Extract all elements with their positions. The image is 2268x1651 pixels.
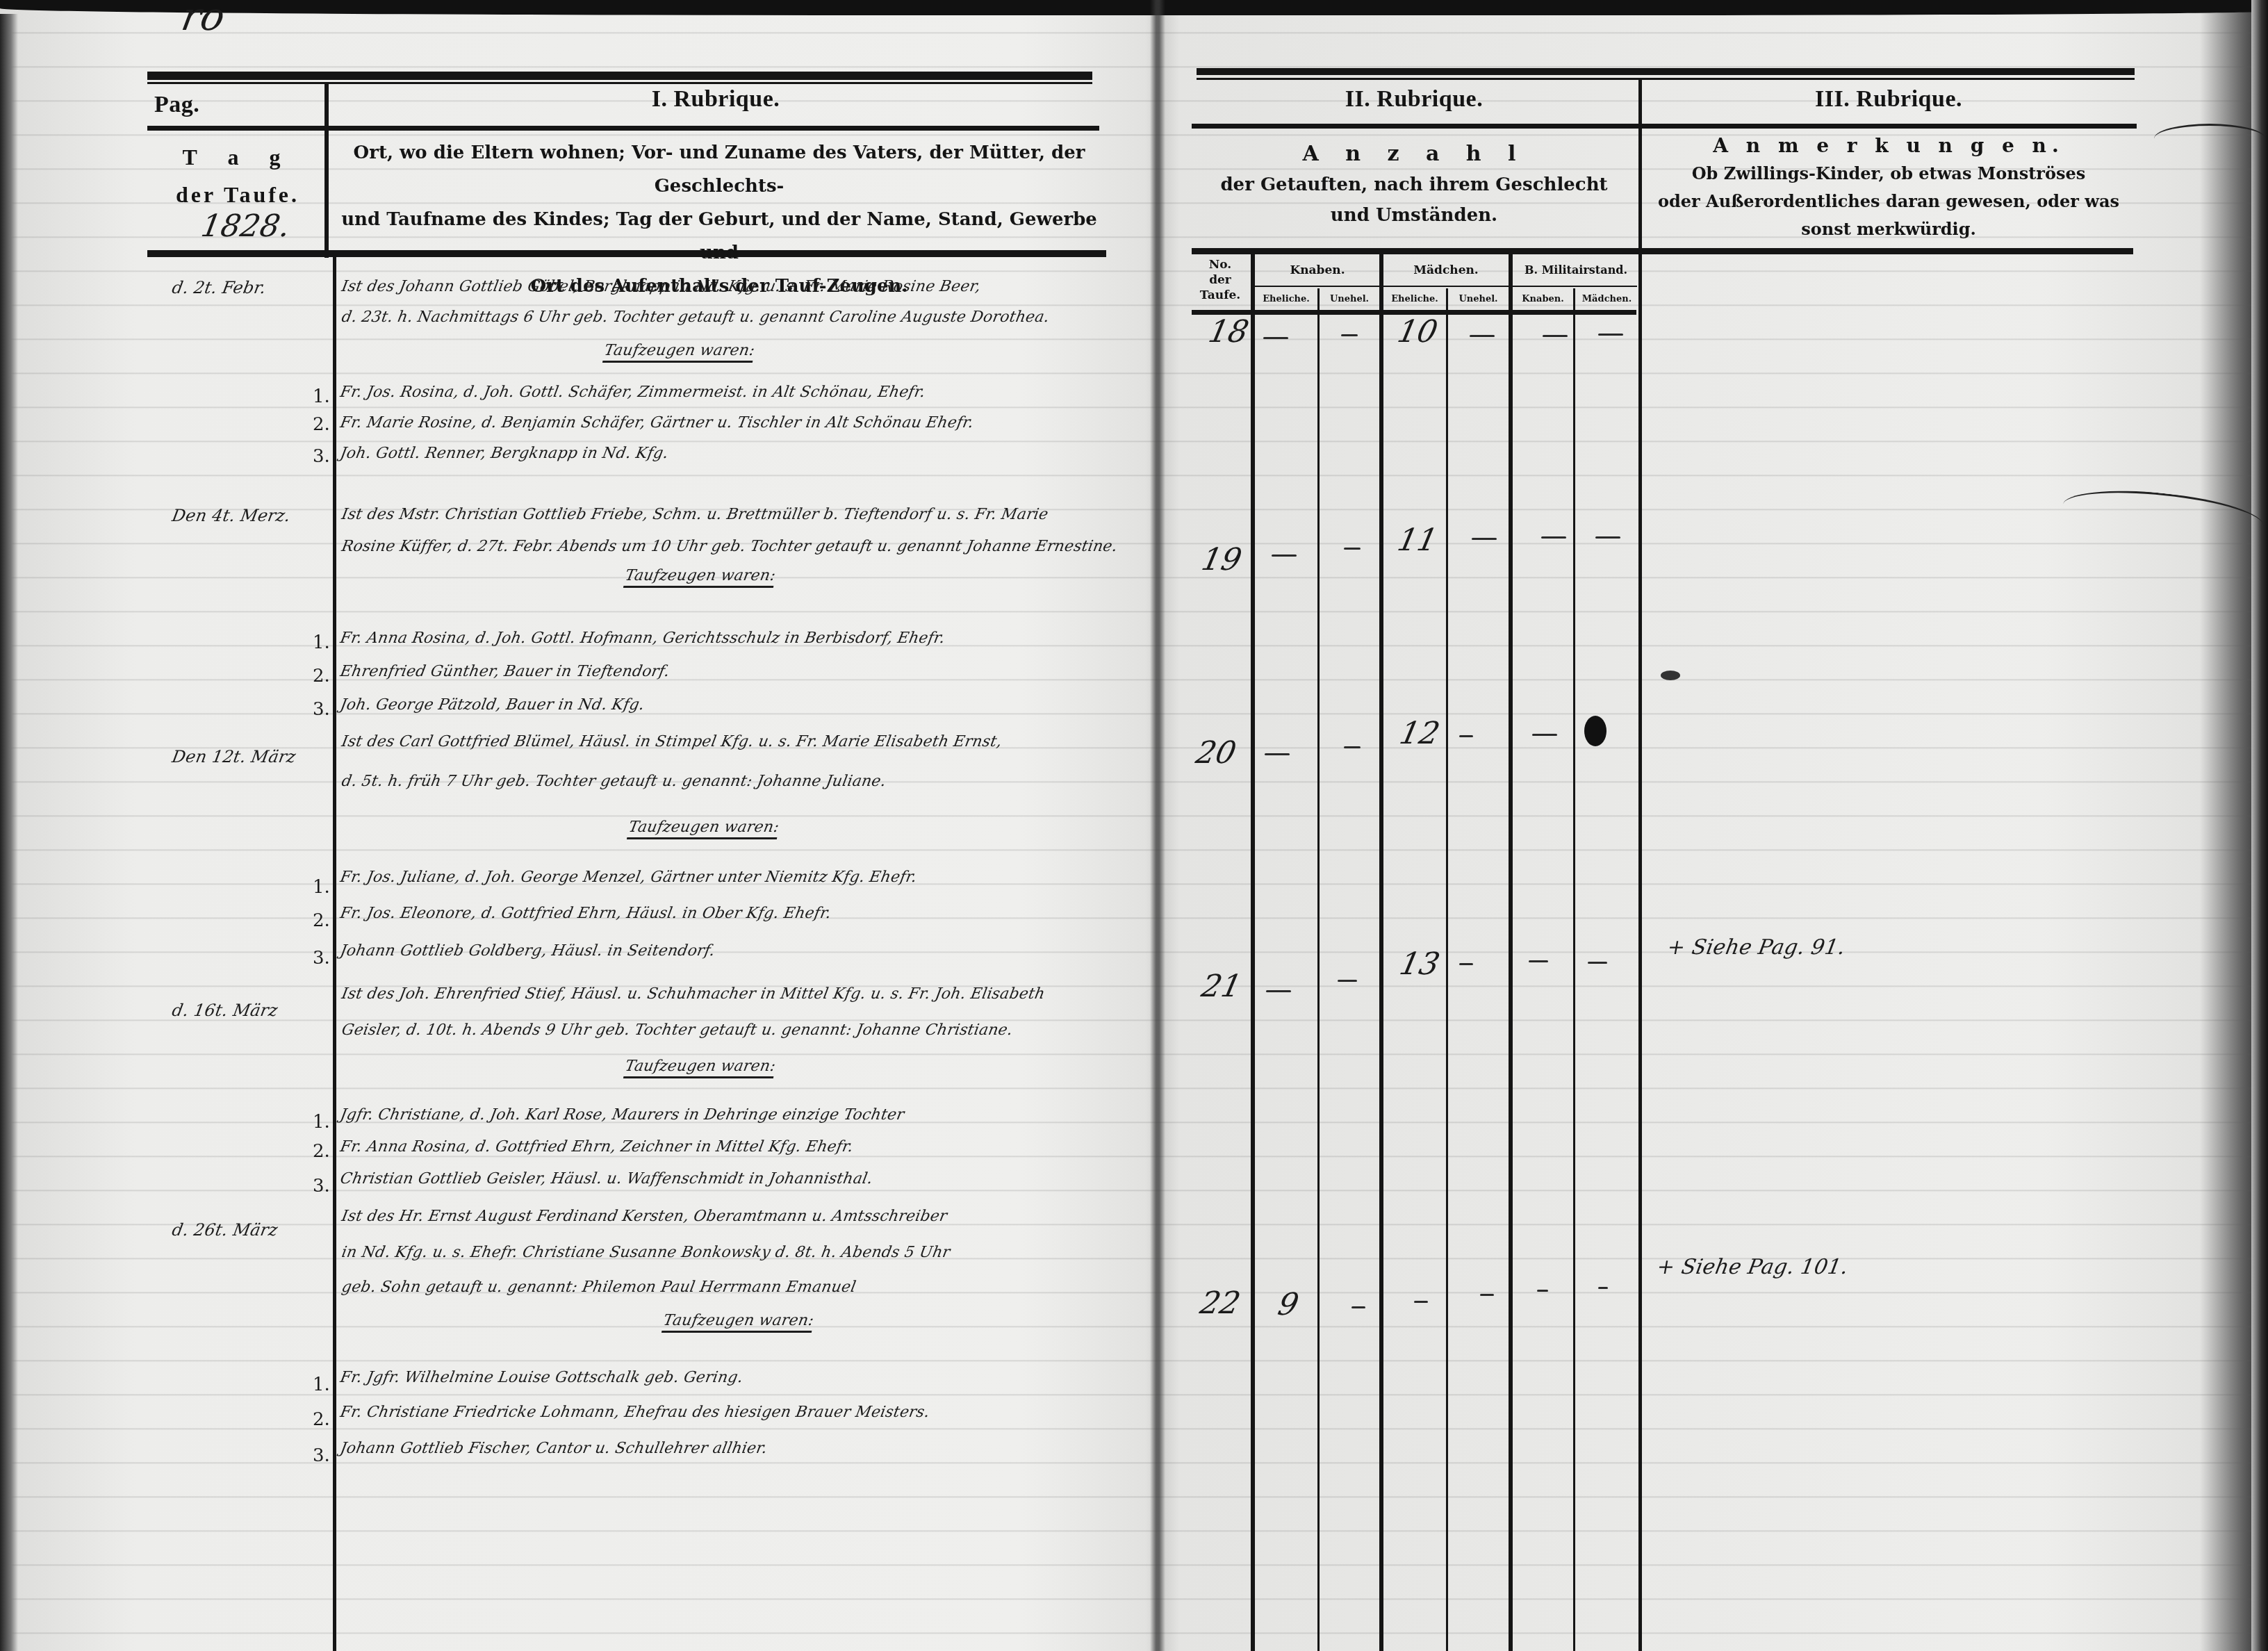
entry-1-witness-3: Joh. Gottl. Renner, Bergknapp in Nd. Kfg…: [339, 445, 670, 462]
left-top-double-rule: [147, 72, 1092, 80]
entry-2-number: 19: [1199, 542, 1245, 577]
entry-1-maedchen-unehel-dash: [1470, 335, 1495, 337]
entry-2-witness-3: Joh. George Pätzold, Bauer in Nd. Kfg.: [339, 696, 646, 714]
stray-pen-stroke-right: [2061, 483, 2266, 548]
entry-1-mil-knaben-dash: [1543, 335, 1568, 337]
right-header-rule: [1192, 124, 2137, 129]
subhead-knaben-ehel: Eheliche.: [1255, 292, 1317, 307]
book-gutter: [1150, 0, 1165, 1651]
entry-5-witness-number-1: 1.: [313, 1374, 330, 1395]
entry-3-maedchen-ehel: 12: [1397, 716, 1443, 751]
subhead-mil-knaben: Knaben.: [1513, 292, 1573, 307]
entry-1-number: 18: [1206, 314, 1252, 350]
entry-3-knaben-unehel-dash: [1344, 746, 1361, 748]
entry-1-knaben-unehel-dash: [1341, 334, 1358, 336]
subhead-maedchen-unehel: Unehel.: [1448, 292, 1509, 307]
entry-2-maedchen-ehel: 11: [1395, 523, 1441, 558]
rubrique-2-title: II. Rubrique.: [1192, 86, 1636, 113]
anzahl-label: A n z a h l: [1192, 139, 1636, 170]
entry-5-text-line1: Ist des Hr. Ernst August Ferdinand Kerst…: [340, 1208, 948, 1225]
rubrique-3-title: III. Rubrique.: [1642, 86, 2135, 113]
entry-5-remark: + Siehe Pag. 101.: [1655, 1255, 1850, 1279]
entry-1-text-line1: Ist des Johann Gottlieb Göbel, Bergknapp…: [340, 278, 982, 295]
entry-4-witness-1: Jgfr. Christiane, d. Joh. Karl Rose, Mau…: [339, 1106, 905, 1124]
entry-3-witness-heading: Taufzeugen waren:: [627, 819, 780, 836]
entry-3-knaben-ehel-dash: [1265, 753, 1290, 755]
entry-2-witness-heading: Taufzeugen waren:: [624, 567, 777, 584]
entry-2-text-line2: Rosine Küffer, d. 27t. Febr. Abends um 1…: [340, 538, 1119, 555]
tag-label: T a g: [154, 145, 321, 170]
entry-5-witness-heading: Taufzeugen waren:: [662, 1312, 815, 1329]
entry-3-witness-3: Johann Gottlieb Goldberg, Häusl. in Seit…: [339, 942, 716, 960]
entry-2-mil-maedchen-dash: [1595, 536, 1620, 539]
entry-2-knaben-ehel-dash: [1272, 555, 1297, 557]
scan-top-border: [0, 0, 2268, 15]
entry-4-knaben-ehel-dash: [1266, 990, 1291, 992]
year-handwritten: 1828.: [199, 208, 293, 244]
entry-4-number: 21: [1199, 969, 1245, 1004]
entry-3-witness-number-1: 1.: [313, 877, 330, 898]
entry-1-text-line2: d. 23t. h. Nachmittags 6 Uhr geb. Tochte…: [340, 309, 1051, 326]
entry-3-witness-1: Fr. Jos. Juliane, d. Joh. George Menzel,…: [339, 869, 919, 886]
entry-5-witness-3: Johann Gottlieb Fischer, Cantor u. Schul…: [339, 1440, 769, 1457]
entry-2-date: Den 4t. Merz.: [171, 506, 293, 525]
entry-5-witness-number-2: 2.: [313, 1409, 330, 1430]
entry-4-witness-number-1: 1.: [313, 1112, 330, 1133]
subhead-mil-maedchen: Mädchen.: [1575, 292, 1638, 307]
left-col-divider: [324, 84, 329, 258]
entry-3-text-line2: d. 5t. h. früh 7 Uhr geb. Tochter getauf…: [340, 773, 887, 790]
rubrique-3-description: A n m e r k u n g e n. Ob Zwillings-Kind…: [1642, 132, 2135, 243]
rubrique-2-desc-line2: der Getauften, nach ihrem Geschlecht: [1192, 170, 1636, 200]
entry-2-text-line1: Ist des Mstr. Christian Gottlieb Friebe,…: [340, 506, 1050, 523]
entry-2-mil-knaben-dash: [1541, 536, 1566, 539]
rubrique-3-desc-line4: sonst merkwürdig.: [1642, 215, 2135, 243]
ink-spot-margin: [1661, 671, 1680, 680]
col-line-maedchen: [1379, 254, 1383, 1651]
ink-blot: [1584, 716, 1606, 746]
entry-5-text-line3: geb. Sohn getauft u. genannt: Philemon P…: [340, 1279, 857, 1296]
entry-5-knaben-ehel: 9: [1275, 1287, 1302, 1322]
entry-5-mil-maedchen-dash: [1598, 1287, 1608, 1289]
col-line-militair: [1509, 254, 1513, 1651]
entry-4-maedchen-unehel-dash: [1459, 963, 1473, 965]
der-taufe-label: der Taufe.: [154, 182, 321, 208]
entry-4-remark: + Siehe Pag. 91.: [1666, 935, 1847, 960]
entry-4-text-line2: Geisler, d. 10t. h. Abends 9 Uhr geb. To…: [340, 1021, 1014, 1039]
col-line-no: [1251, 254, 1255, 1651]
corner-mark: ro: [178, 0, 228, 40]
pag-label: Pag.: [154, 92, 231, 118]
entry-4-witness-number-3: 3.: [313, 1176, 330, 1197]
entry-3-text-line1: Ist des Carl Gottfried Blümel, Häusl. in…: [340, 733, 1003, 750]
entry-4-maedchen-ehel: 13: [1397, 946, 1443, 982]
col-line-knaben-mid: [1317, 288, 1320, 1651]
entry-4-mil-knaben-dash: [1529, 960, 1548, 962]
left-top-rule-thin: [147, 82, 1092, 84]
entry-1-mil-maedchen-dash: [1598, 334, 1623, 336]
entry-1-witness-heading: Taufzeugen waren:: [603, 342, 756, 359]
entry-5-maedchen-ehel-dash: [1414, 1301, 1428, 1303]
scan-right-edge: [2251, 0, 2268, 1651]
right-colhead-rule: [1192, 248, 2133, 254]
no-label-3: Taufe.: [1190, 288, 1251, 303]
rubrique-2-desc-line3: und Umständen.: [1192, 200, 1636, 231]
entry-3-mil-knaben-dash: [1532, 734, 1557, 736]
entry-4-knaben-unehel-dash: [1338, 980, 1357, 982]
register-spread: ro Pag. I. Rubrique. T a g der Taufe. 18…: [0, 0, 2268, 1651]
entry-4-witness-2: Fr. Anna Rosina, d. Gottfried Ehrn, Zeic…: [339, 1138, 855, 1156]
entry-5-mil-knaben-dash: [1537, 1290, 1548, 1292]
subhead-maedchen-ehel: Eheliche.: [1383, 292, 1446, 307]
entry-3-number: 20: [1193, 735, 1240, 771]
entry-4-witness-heading: Taufzeugen waren:: [624, 1058, 777, 1075]
anmerkungen-label: A n m e r k u n g e n.: [1642, 132, 2135, 160]
left-header-rule: [147, 126, 1099, 131]
entry-5-date: d. 26t. März: [171, 1220, 279, 1240]
entry-4-witness-3: Christian Gottlieb Geisler, Häusl. u. Wa…: [339, 1170, 874, 1188]
col-line-maedchen-mid: [1446, 288, 1448, 1651]
col-header-militair: B. Militairstand.: [1513, 263, 1639, 278]
no-label-1: No.: [1190, 257, 1251, 272]
col-line-militair-mid: [1573, 288, 1575, 1651]
rubrique-1-desc-line2: und Taufname des Kindes; Tag der Geburt,…: [334, 203, 1105, 270]
entry-1-witness-2: Fr. Marie Rosine, d. Benjamin Schäfer, G…: [339, 414, 975, 432]
no-label-2: der: [1190, 272, 1251, 288]
col-header-knaben: Knaben.: [1255, 263, 1380, 278]
entry-5-maedchen-unehel-dash: [1480, 1294, 1494, 1296]
entry-2-knaben-unehel-dash: [1344, 548, 1361, 550]
entry-1-date: d. 2t. Febr.: [171, 278, 268, 297]
scan-left-edge: [0, 14, 18, 1651]
entry-5-witness-number-3: 3.: [313, 1445, 330, 1466]
subhead-knaben-unehel: Unehel.: [1320, 292, 1379, 307]
entry-1-witness-number-3: 3.: [313, 446, 330, 467]
entry-4-date: d. 16t. März: [171, 1001, 279, 1020]
rubrique-2-3-divider: [1638, 80, 1642, 1651]
entry-2-witness-number-2: 2.: [313, 666, 330, 687]
entry-3-date: Den 12t. März: [171, 747, 298, 766]
col-header-maedchen: Mädchen.: [1383, 263, 1509, 278]
entry-1-witness-1: Fr. Jos. Rosina, d. Joh. Gottl. Schäfer,…: [339, 384, 927, 401]
right-top-rule-thin: [1197, 78, 2135, 80]
entry-1-knaben-ehel-dash: [1263, 337, 1288, 339]
entry-3-witness-number-3: 3.: [313, 948, 330, 969]
entry-5-witness-1: Fr. Jgfr. Wilhelmine Louise Gottschalk g…: [339, 1369, 744, 1386]
left-margin-line: [333, 257, 336, 1651]
subhead-rule: [1255, 286, 1637, 287]
entry-2-witness-number-3: 3.: [313, 699, 330, 720]
entry-1-witness-number-2: 2.: [313, 414, 330, 435]
entry-3-witness-2: Fr. Jos. Eleonore, d. Gottfried Ehrn, Hä…: [339, 905, 832, 922]
entry-5-knaben-unehel-dash: [1351, 1306, 1365, 1308]
entry-5-witness-2: Fr. Christiane Friedricke Lohmann, Ehefr…: [339, 1404, 931, 1421]
entry-4-mil-maedchen-dash: [1588, 962, 1607, 964]
entry-3-maedchen-unehel-dash: [1459, 735, 1473, 737]
entry-4-text-line1: Ist des Joh. Ehrenfried Stief, Häusl. u.…: [340, 985, 1046, 1003]
entry-5-number: 22: [1197, 1286, 1244, 1321]
rubrique-1-title: I. Rubrique.: [334, 86, 1098, 113]
entry-1-maedchen-ehel: 10: [1395, 314, 1441, 350]
rubrique-3-desc-line2: Ob Zwillings-Kinder, ob etwas Monströses: [1642, 160, 2135, 188]
entry-2-maedchen-unehel-dash: [1472, 538, 1497, 540]
rubrique-3-desc-line3: oder Außerordentliches daran gewesen, od…: [1642, 188, 2135, 215]
entry-4-witness-number-2: 2.: [313, 1141, 330, 1162]
right-top-double-rule: [1197, 68, 2135, 75]
entry-2-witness-number-1: 1.: [313, 632, 330, 653]
entry-5-text-line2: in Nd. Kfg. u. s. Ehefr. Christiane Susa…: [340, 1244, 952, 1261]
entry-2-witness-2: Ehrenfried Günther, Bauer in Tieftendorf…: [339, 663, 671, 680]
col-header-no: No. der Taufe.: [1190, 257, 1251, 303]
entry-2-witness-1: Fr. Anna Rosina, d. Joh. Gottl. Hofmann,…: [339, 630, 946, 647]
rubrique-2-description: A n z a h l der Getauften, nach ihrem Ge…: [1192, 139, 1636, 231]
entry-1-witness-number-1: 1.: [313, 386, 330, 407]
entry-3-witness-number-2: 2.: [313, 910, 330, 931]
stray-pen-stroke-top-right: [2154, 124, 2265, 154]
rubrique-1-desc-line1: Ort, wo die Eltern wohnen; Vor- und Zuna…: [334, 136, 1105, 203]
